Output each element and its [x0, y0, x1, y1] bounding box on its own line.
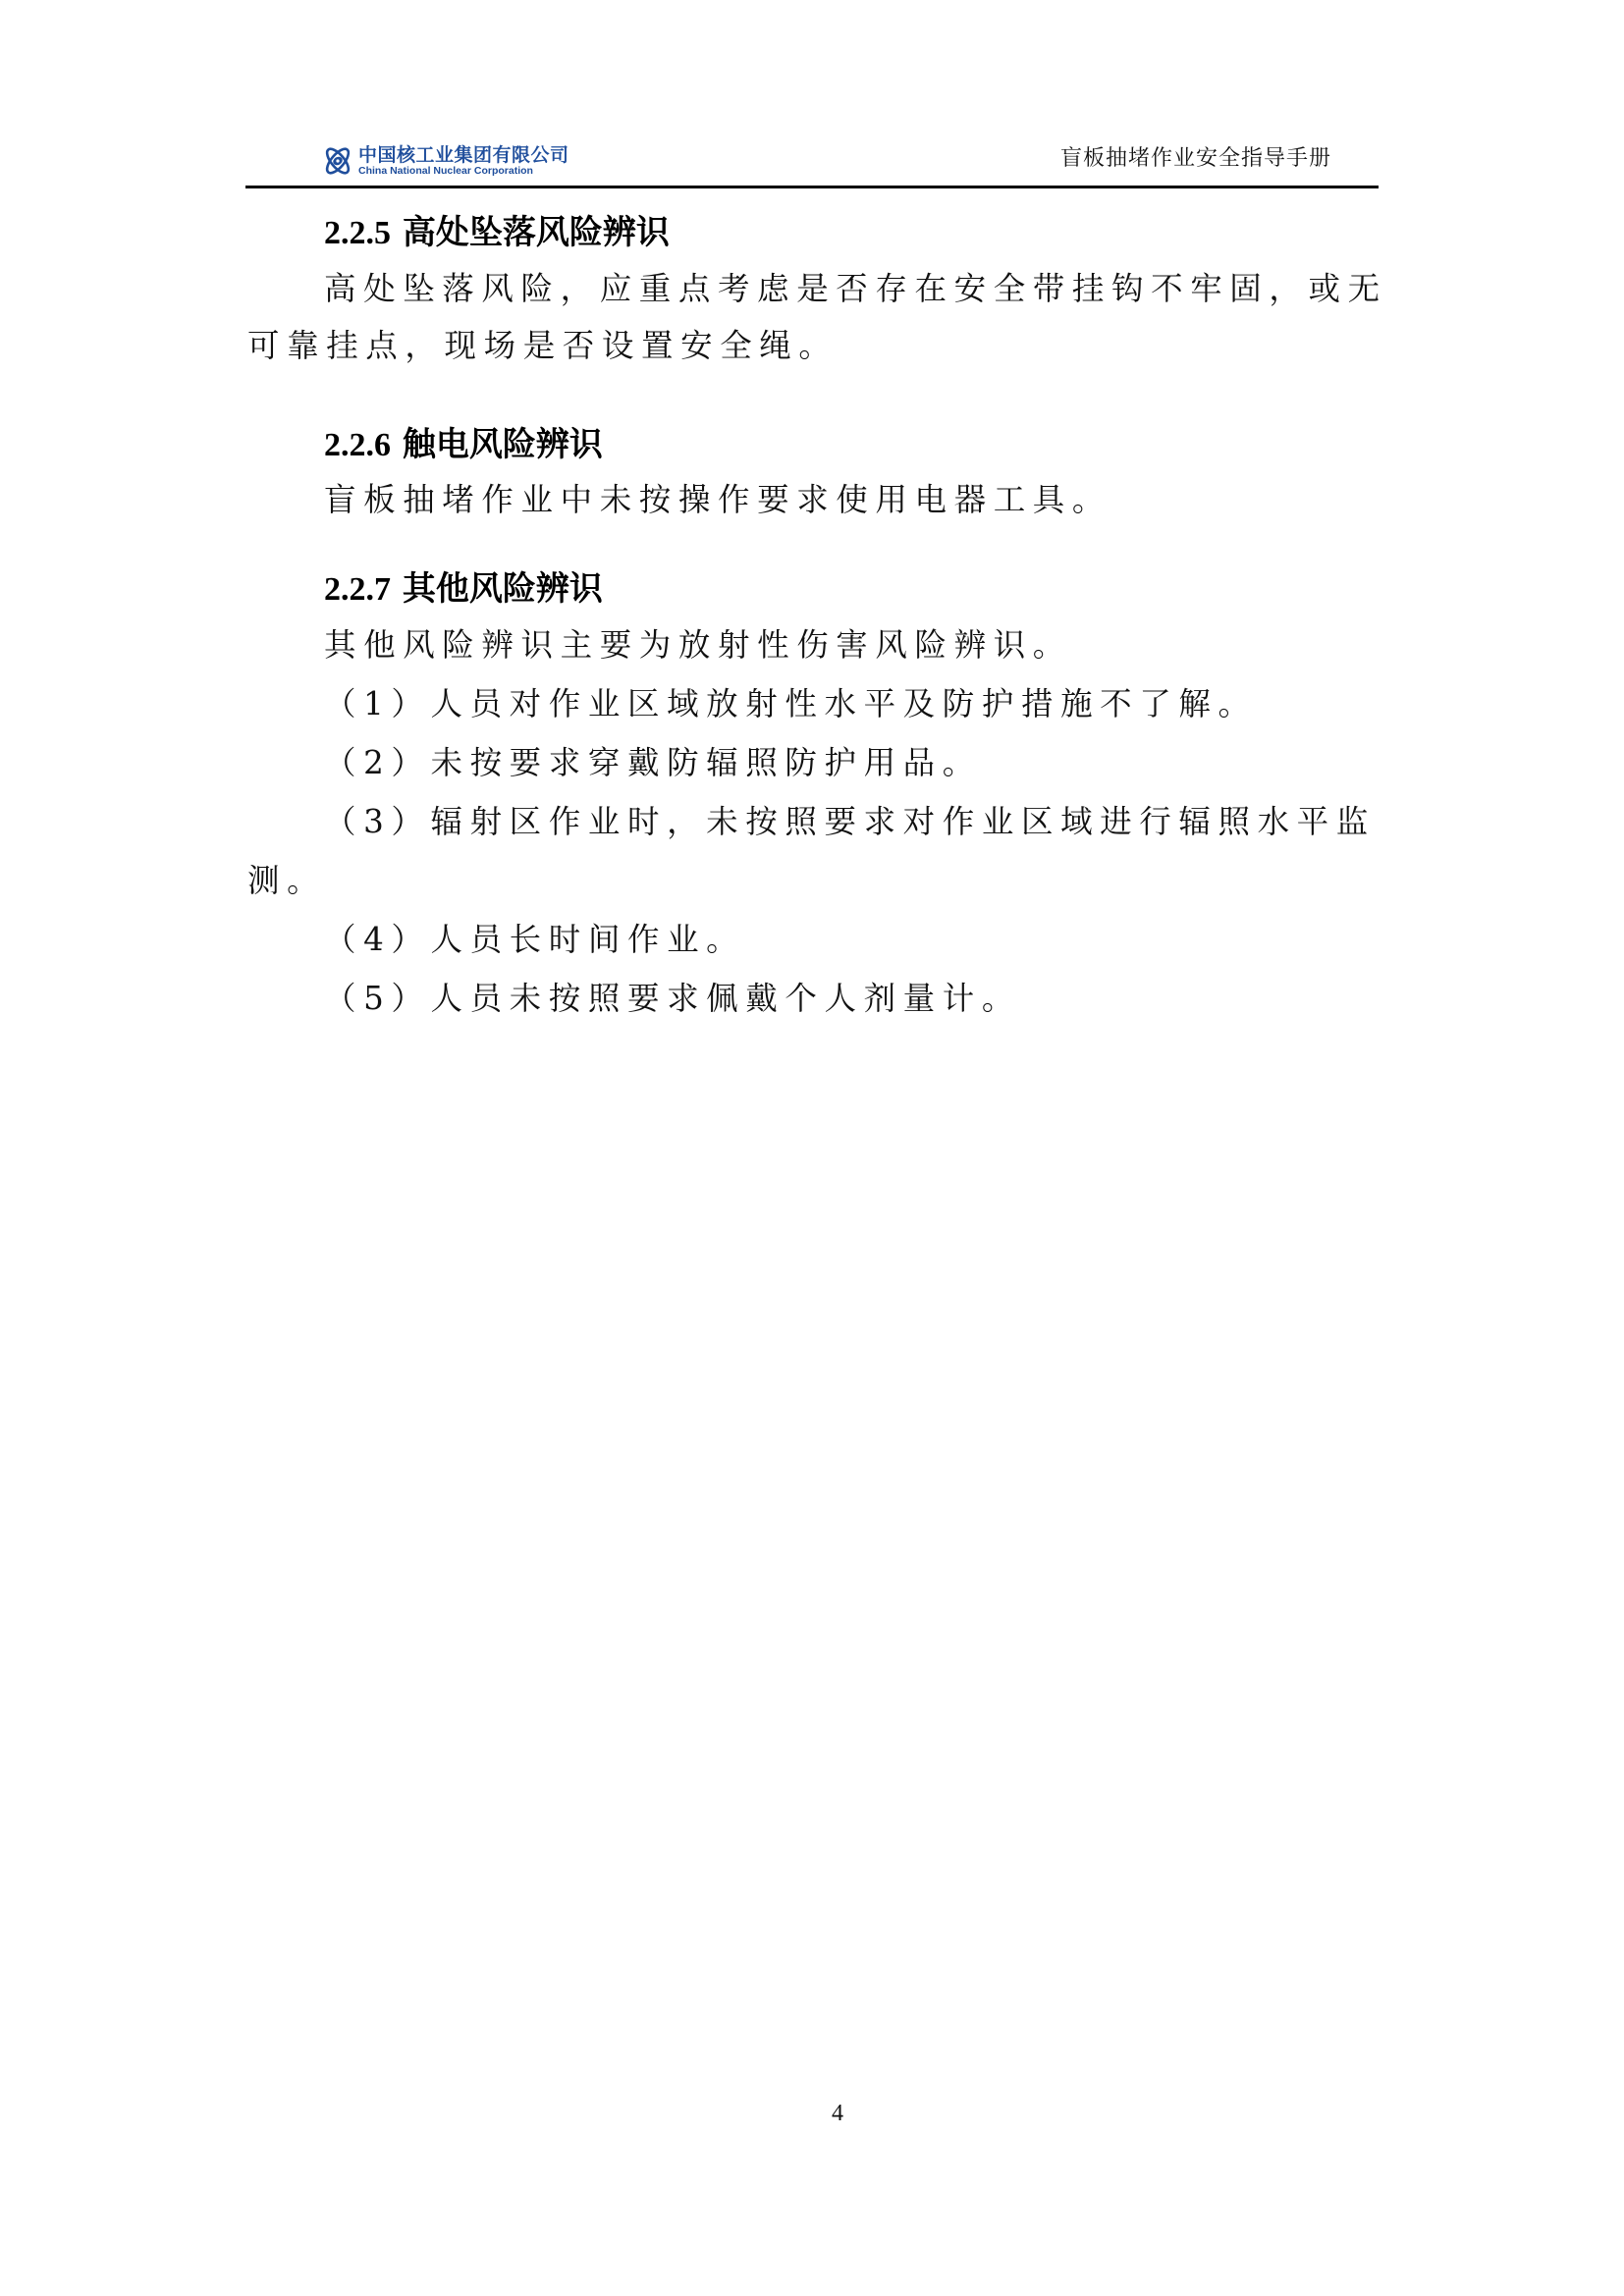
- paragraph: 盲板抽堵作业中未按操作要求使用电器工具。: [324, 478, 1111, 521]
- page-header: 中国核工业集团有限公司 China National Nuclear Corpo…: [245, 135, 1379, 188]
- list-item: （2）未按要求穿戴防辐照防护用品。: [324, 741, 982, 784]
- paragraph: 高处坠落风险，应重点考虑是否存在安全带挂钩不牢固，或无: [324, 267, 1387, 310]
- list-item: （3）辐射区作业时，未按照要求对作业区域进行辐照水平监: [324, 800, 1376, 843]
- page-number: 4: [832, 2101, 843, 2127]
- document-title: 盲板抽堵作业安全指导手册: [1060, 141, 1331, 172]
- company-logo: 中国核工业集团有限公司 China National Nuclear Corpo…: [321, 141, 569, 181]
- section-heading-2-2-7: 2.2.7 其他风险辨识: [324, 567, 603, 612]
- list-item: （5）人员未按照要求佩戴个人剂量计。: [324, 977, 1021, 1020]
- list-item: （4）人员长时间作业。: [324, 918, 745, 961]
- section-heading-2-2-5: 2.2.5 高处坠落风险辨识: [324, 211, 670, 255]
- section-heading-2-2-6: 2.2.6 触电风险辨识: [324, 423, 603, 467]
- document-page: 中国核工业集团有限公司 China National Nuclear Corpo…: [0, 0, 1624, 2296]
- list-item-continuation: 测。: [247, 859, 326, 902]
- company-name-cn: 中国核工业集团有限公司: [358, 145, 569, 165]
- paragraph-continuation: 可靠挂点，现场是否设置安全绳。: [247, 324, 839, 367]
- list-item: （1）人员对作业区域放射性水平及防护措施不了解。: [324, 682, 1258, 725]
- company-name-en: China National Nuclear Corporation: [358, 165, 569, 177]
- cnnc-atom-logo-icon: [321, 144, 354, 178]
- paragraph: 其他风险辨识主要为放射性伤害风险辨识。: [324, 623, 1072, 667]
- header-divider: [245, 186, 1379, 188]
